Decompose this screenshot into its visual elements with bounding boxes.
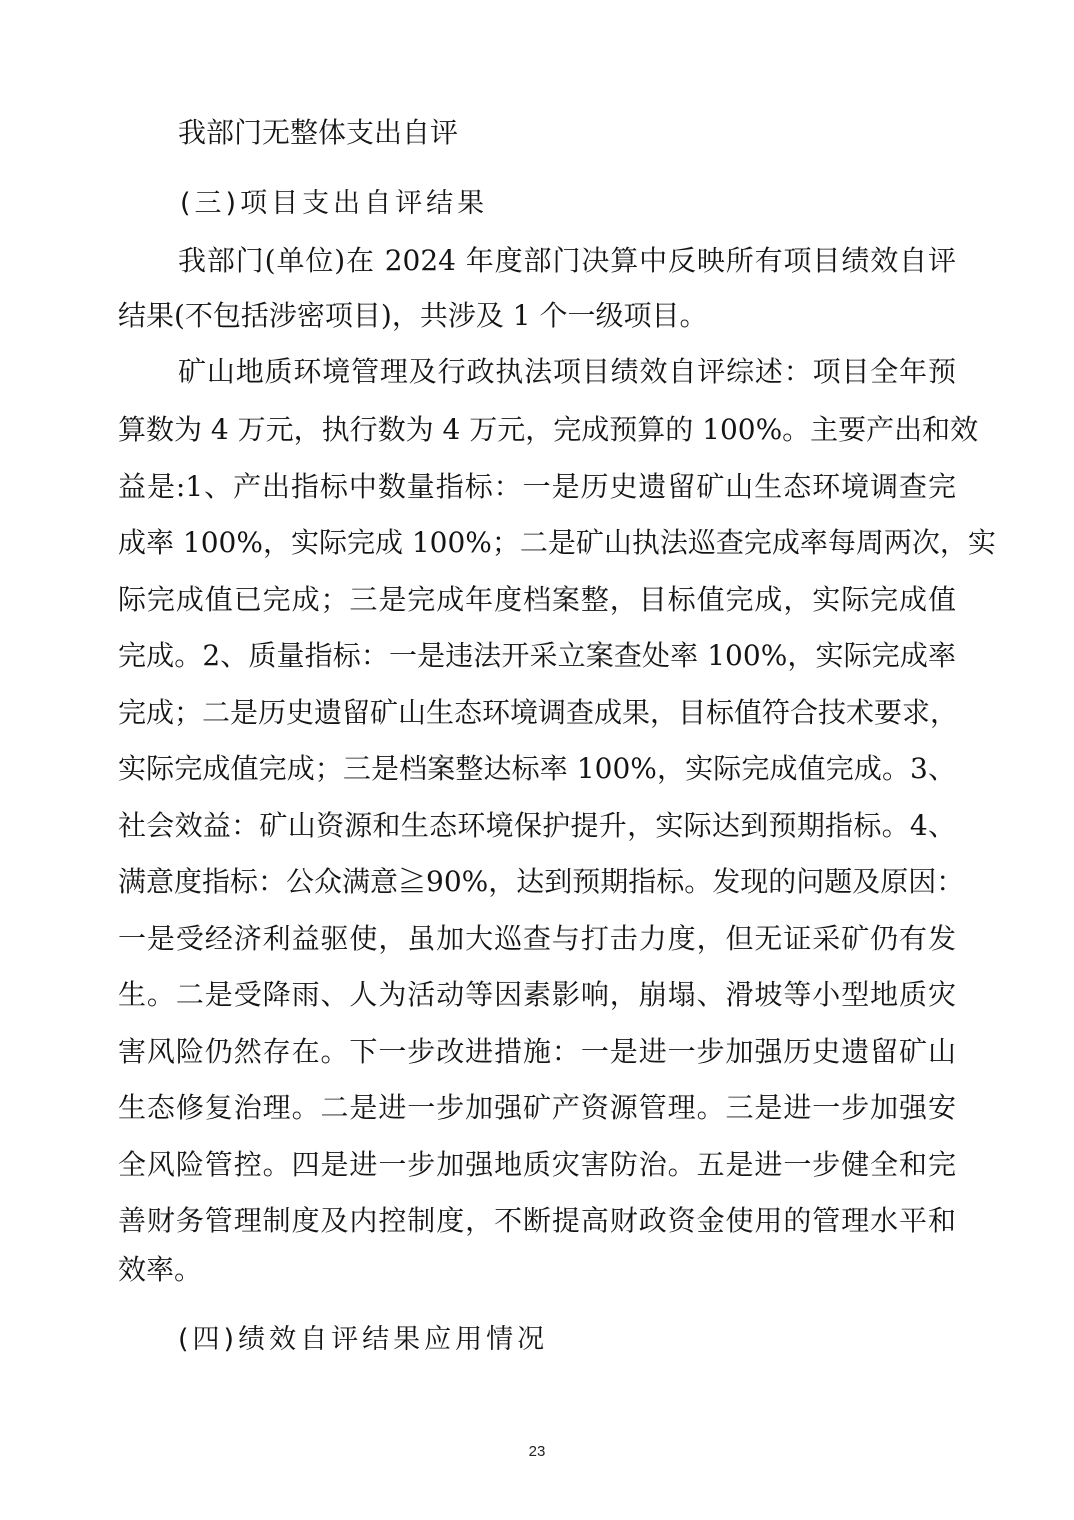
paragraph-2-line-1: 矿山地质环境管理及行政执法项目绩效自评综述：项目全年预	[178, 354, 956, 390]
paragraph-2-line-15: 全风险管控。四是进一步加强地质灾害防治。五是进一步健全和完	[118, 1147, 956, 1183]
paragraph-2-line-4: 成率 100%，实际完成 100%；二是矿山执法巡查完成率每周两次，实	[118, 525, 956, 561]
paragraph-2-line-9: 社会效益：矿山资源和生态环境保护提升，实际达到预期指标。4、	[118, 808, 956, 844]
paragraph-2-line-7: 完成；二是历史遗留矿山生态环境调查成果，目标值符合技术要求，	[118, 695, 956, 731]
paragraph-2-line-5: 际完成值已完成；三是完成年度档案整，目标值完成，实际完成值	[118, 582, 956, 618]
paragraph-2-line-8: 实际完成值完成；三是档案整达标率 100%，实际完成值完成。3、	[118, 751, 956, 787]
paragraph-2-line-2: 算数为 4 万元，执行数为 4 万元，完成预算的 100%。主要产出和效	[118, 412, 956, 448]
paragraph-2-line-10: 满意度指标：公众满意≧90%，达到预期指标。发现的问题及原因：	[118, 864, 956, 900]
paragraph-1-line-2: 结果(不包括涉密项目)，共涉及 1 个一级项目。	[118, 298, 707, 334]
section-3-heading: (三)项目支出自评结果	[180, 186, 488, 222]
document-page: 我部门无整体支出自评 (三)项目支出自评结果 我部门(单位)在 2024 年度部…	[0, 0, 1074, 1520]
paragraph-2-line-12: 生。二是受降雨、人为活动等因素影响，崩塌、滑坡等小型地质灾	[118, 977, 956, 1013]
paragraph-1-line-1: 我部门(单位)在 2024 年度部门决算中反映所有项目绩效自评	[178, 243, 956, 279]
paragraph-2-line-16: 善财务管理制度及内控制度，不断提高财政资金使用的管理水平和	[118, 1203, 956, 1239]
paragraph-2-line-14: 生态修复治理。二是进一步加强矿产资源管理。三是进一步加强安	[118, 1090, 956, 1126]
page-number: 23	[0, 1442, 1074, 1462]
paragraph-2-line-3: 益是:1、产出指标中数量指标：一是历史遗留矿山生态环境调查完	[118, 469, 956, 505]
paragraph-2-line-11: 一是受经济利益驱使，虽加大巡查与打击力度，但无证采矿仍有发	[118, 921, 956, 957]
paragraph-2-line-6: 完成。2、质量指标：一是违法开采立案查处率 100%，实际完成率	[118, 638, 956, 674]
paragraph-2-line-13: 害风险仍然存在。下一步改进措施：一是进一步加强历史遗留矿山	[118, 1034, 956, 1070]
section-4-heading: (四)绩效自评结果应用情况	[178, 1322, 548, 1358]
paragraph-2-line-17: 效率。	[118, 1252, 202, 1288]
no-overall-evaluation-text: 我部门无整体支出自评	[178, 115, 458, 151]
